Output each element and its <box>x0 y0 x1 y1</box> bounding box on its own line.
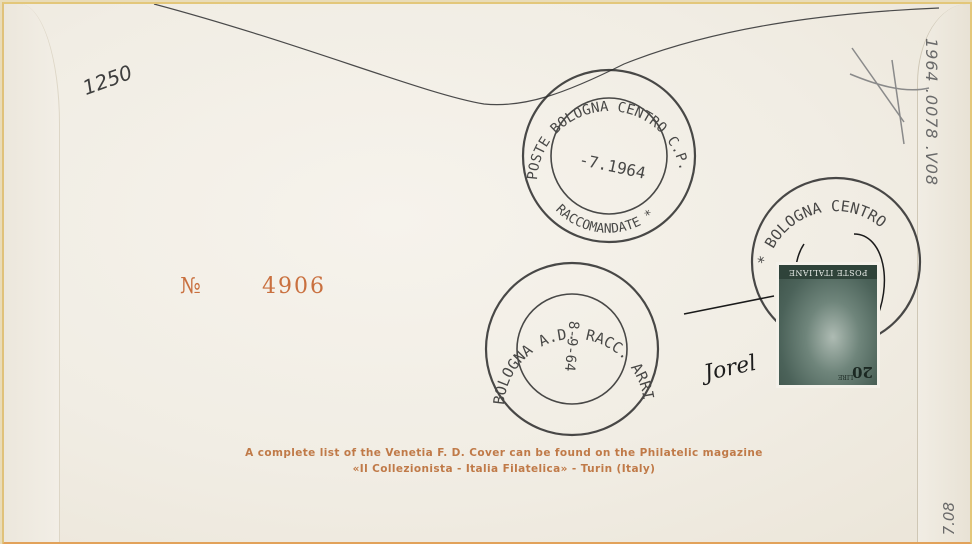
pencil-corner-note: 7.08 <box>940 502 958 535</box>
pencil-mark <box>850 48 929 144</box>
info-text-line-2: «Il Collezionista - Italia Filatelica» -… <box>194 463 814 475</box>
flap-edge <box>154 4 939 105</box>
svg-text:* BOLOGNA CENTRO: * BOLOGNA CENTRO <box>754 197 890 267</box>
stamp-currency: LIRE <box>838 373 853 380</box>
postmark-bologna-centro-cp: POSTE BOLOGNA CENTRO C.P. RACCOMANDATE *… <box>523 70 695 242</box>
pencil-reference: 1964 .0078 .V08 <box>922 38 941 186</box>
envelope-back: POSTE BOLOGNA CENTRO C.P. RACCOMANDATE *… <box>2 2 972 544</box>
stamp-country: POSTE ITALIANE <box>779 265 877 279</box>
stamp-value: 20 <box>852 363 873 381</box>
stamp-image: POSTE ITALIANE LIRE 20 <box>779 265 877 385</box>
postage-stamp: POSTE ITALIANE LIRE 20 <box>776 262 880 388</box>
svg-text:BOLOGNA A.D. RACC. ARRIVO: BOLOGNA A.D. RACC. ARRIVO <box>4 4 658 406</box>
cover-number: 4906 <box>262 274 326 299</box>
info-text-line-1: A complete list of the Venetia F. D. Cov… <box>194 447 814 459</box>
number-label: № <box>180 274 202 299</box>
svg-text:-7.1964: -7.1964 <box>577 150 647 183</box>
